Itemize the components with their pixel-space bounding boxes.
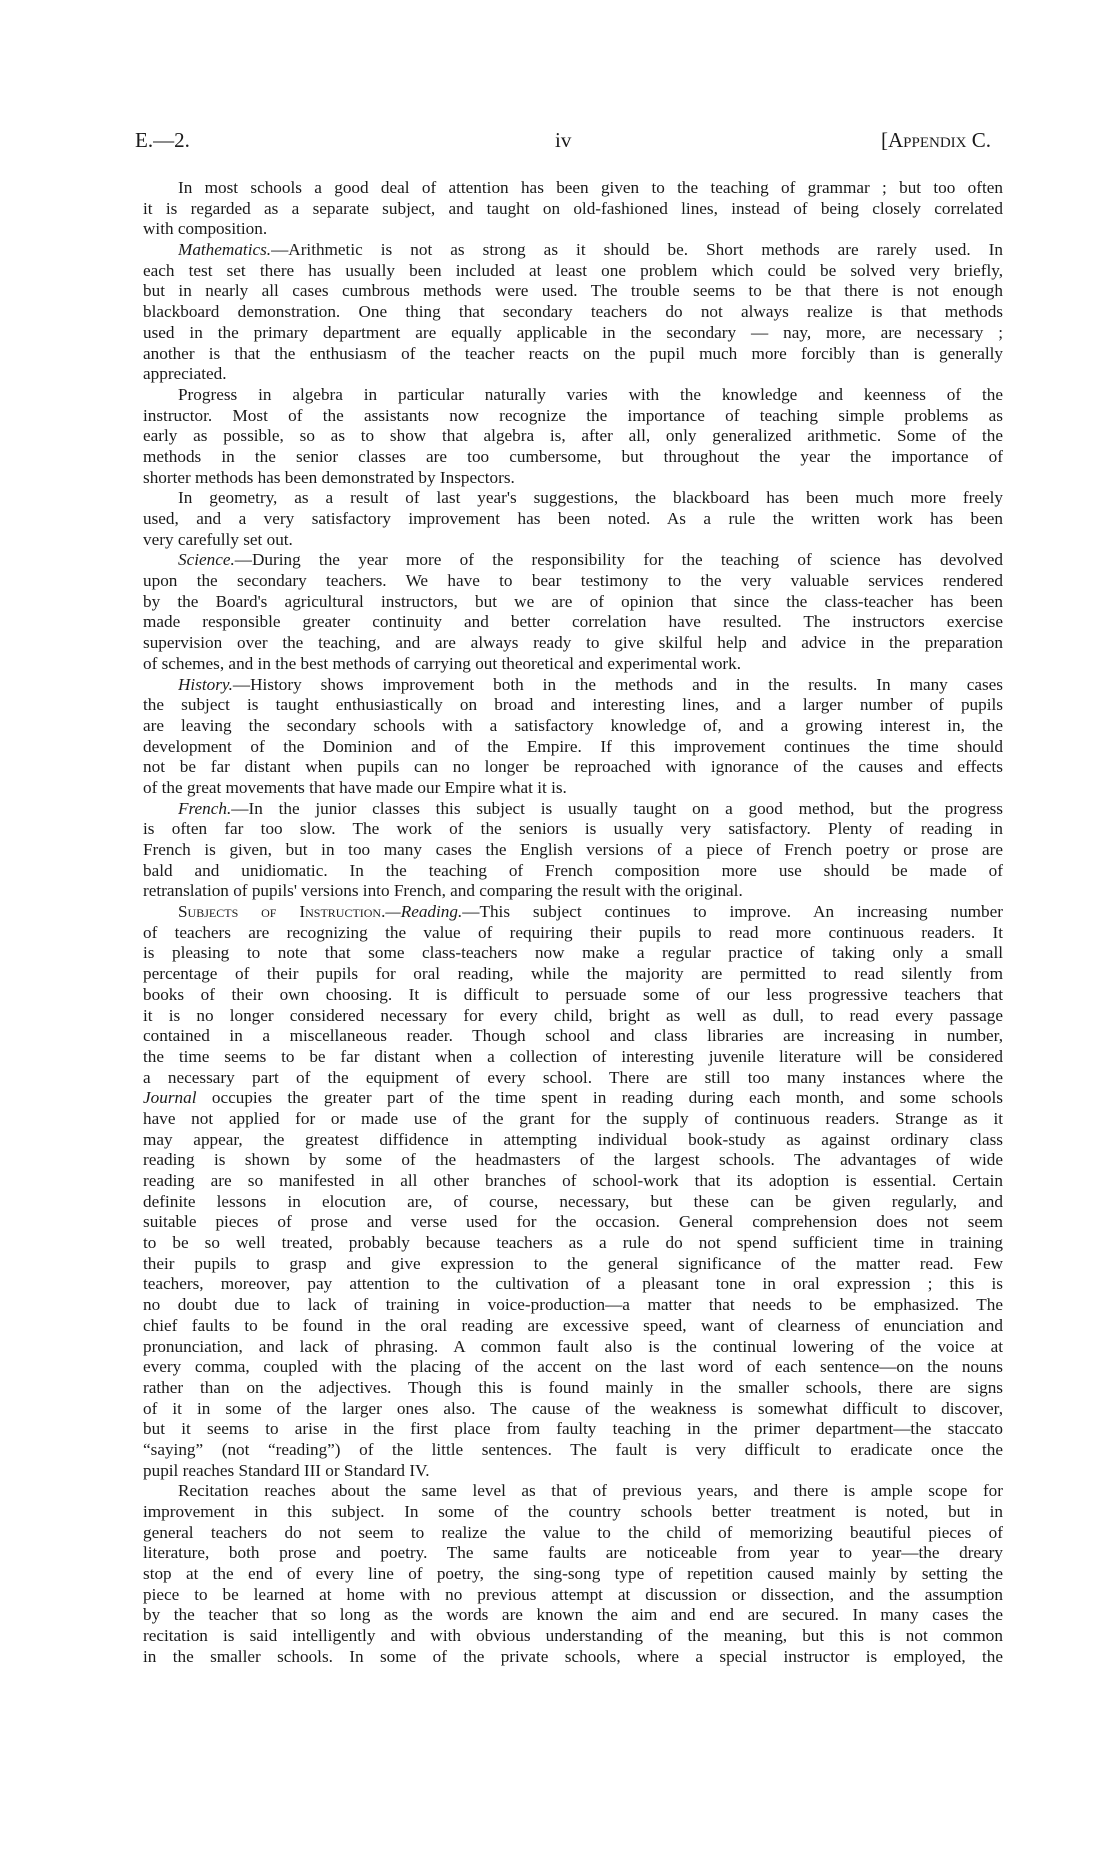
text-line: instructor. Most of the assistants now r… (143, 406, 1003, 427)
paragraph-reading: Subjects of Instruction.—Reading.—This s… (143, 902, 1003, 1481)
paragraph-history: History.—History shows improvement both … (143, 675, 1003, 799)
paragraph-science: Science.—During the year more of the res… (143, 550, 1003, 674)
page-header: E.—2. iv [Appendix C. (135, 128, 1003, 156)
section-heading-history: History. (178, 675, 233, 694)
text-line: of it in some of the larger ones also. T… (143, 1399, 1003, 1420)
text-line: very carefully set out. (143, 530, 1003, 551)
section-heading-french: French. (178, 799, 231, 818)
paragraph-mathematics: Mathematics.—Arithmetic is not as strong… (143, 240, 1003, 385)
text-line: literature, both prose and poetry. The s… (143, 1543, 1003, 1564)
text-line: general teachers do not seem to realize … (143, 1523, 1003, 1544)
section-heading-reading: —Reading. (385, 902, 462, 921)
text-line: reading are so manifested in all other b… (143, 1171, 1003, 1192)
text-line: every comma, coupled with the placing of… (143, 1357, 1003, 1378)
paragraph-french: French.—In the junior classes this subje… (143, 799, 1003, 902)
paragraph-recitation: Recitation reaches about the same level … (143, 1481, 1003, 1667)
text-line: chief faults to be found in the oral rea… (143, 1316, 1003, 1337)
section-heading-subjects-of-instruction: Subjects of Instruction. (178, 902, 385, 921)
text-line: books of their own choosing. It is diffi… (143, 985, 1003, 1006)
text-line: but in nearly all cases cumbrous methods… (143, 281, 1003, 302)
paragraph-geometry: In geometry, as a result of last year's … (143, 488, 1003, 550)
text-line: French is given, but in too many cases t… (143, 840, 1003, 861)
text-line: appreciated. (143, 364, 1003, 385)
text-line: In most schools a good deal of attention… (178, 178, 1003, 199)
text-line: pronunciation, and lack of phrasing. A c… (143, 1337, 1003, 1358)
text-line: improvement in this subject. In some of … (143, 1502, 1003, 1523)
text-line: to be so well treated, probably because … (143, 1233, 1003, 1254)
text-line: may appear, the greatest diffidence in a… (143, 1130, 1003, 1151)
paragraph-algebra: Progress in algebra in particular natura… (143, 385, 1003, 488)
text-line: used in the primary department are equal… (143, 323, 1003, 344)
text-line: it is no longer considered necessary for… (143, 1006, 1003, 1027)
text-line: with composition. (143, 219, 1003, 240)
text-line: another is that the enthusiasm of the te… (143, 344, 1003, 365)
text-line: are leaving the secondary schools with a… (143, 716, 1003, 737)
text-line: development of the Dominion and of the E… (143, 737, 1003, 758)
text-line: made responsible greater continuity and … (143, 612, 1003, 633)
text-line: reading is shown by some of the headmast… (143, 1150, 1003, 1171)
text-line: but it seems to arise in the first place… (143, 1419, 1003, 1440)
text-line: upon the secondary teachers. We have to … (143, 571, 1003, 592)
text-line: recitation is said intelligently and wit… (143, 1626, 1003, 1647)
text-line: the time seems to be far distant when a … (143, 1047, 1003, 1068)
text-line: In geometry, as a result of last year's … (178, 488, 1003, 509)
text-line: have not applied for or made use of the … (143, 1109, 1003, 1130)
text-line: not be far distant when pupils can no lo… (143, 757, 1003, 778)
text-line: stop at the end of every line of poetry,… (143, 1564, 1003, 1585)
appendix-label: [Appendix C. (881, 128, 991, 153)
paragraph-grammar: In most schools a good deal of attention… (143, 178, 1003, 240)
text-line: Progress in algebra in particular natura… (178, 385, 1003, 406)
text-line: —Arithmetic is not as strong as it shoul… (271, 240, 1003, 259)
text-line: piece to be learned at home with no prev… (143, 1585, 1003, 1606)
text-line: definite lessons in elocution are, of co… (143, 1192, 1003, 1213)
text-line: no doubt due to lack of training in voic… (143, 1295, 1003, 1316)
text-line: methods in the senior classes are too cu… (143, 447, 1003, 468)
text-line: —In the junior classes this subject is u… (231, 799, 1003, 818)
text-line: bald and unidiomatic. In the teaching of… (143, 861, 1003, 882)
text-line: in the smaller schools. In some of the p… (143, 1647, 1003, 1668)
text-line: —This subject continues to improve. An i… (462, 902, 1003, 921)
body-text: In most schools a good deal of attention… (143, 178, 1003, 1668)
text-line: of the great movements that have made ou… (143, 778, 1003, 799)
text-line: the subject is taught enthusiastically o… (143, 695, 1003, 716)
section-heading-science: Science. (178, 550, 235, 569)
text-line: is pleasing to note that some class-teac… (143, 943, 1003, 964)
text-line: —During the year more of the responsibil… (235, 550, 1003, 569)
text-line: rather than on the adjectives. Though th… (143, 1378, 1003, 1399)
text-line: is often far too slow. The work of the s… (143, 819, 1003, 840)
text-line: by the teacher that so long as the words… (143, 1605, 1003, 1626)
text-line: by the Board's agricultural instructors,… (143, 592, 1003, 613)
text-line: occupies the greater part of the time sp… (196, 1088, 1003, 1107)
text-line: of schemes, and in the best methods of c… (143, 654, 1003, 675)
text-line: blackboard demonstration. One thing that… (143, 302, 1003, 323)
text-line: contained in a miscellaneous reader. Tho… (143, 1026, 1003, 1047)
text-line: used, and a very satisfactory improvemen… (143, 509, 1003, 530)
page-number: iv (555, 128, 571, 153)
document-reference: E.—2. (135, 128, 190, 153)
text-line: suitable pieces of prose and verse used … (143, 1212, 1003, 1233)
text-line: teachers, moreover, pay attention to the… (143, 1274, 1003, 1295)
text-line: pupil reaches Standard III or Standard I… (143, 1461, 1003, 1482)
text-line: supervision over the teaching, and are a… (143, 633, 1003, 654)
text-line: percentage of their pupils for oral read… (143, 964, 1003, 985)
text-line: “saying” (not “reading”) of the little s… (143, 1440, 1003, 1461)
document-page: E.—2. iv [Appendix C. In most schools a … (0, 0, 1114, 1853)
text-line: each test set there has usually been inc… (143, 261, 1003, 282)
text-line: —History shows improvement both in the m… (233, 675, 1003, 694)
text-line: of teachers are recognizing the value of… (143, 923, 1003, 944)
text-line: retranslation of pupils' versions into F… (143, 881, 1003, 902)
section-heading-mathematics: Mathematics. (178, 240, 271, 259)
text-line: it is regarded as a separate subject, an… (143, 199, 1003, 220)
text-line: their pupils to grasp and give expressio… (143, 1254, 1003, 1275)
text-line: shorter methods has been demonstrated by… (143, 468, 1003, 489)
journal-title: Journal (143, 1088, 196, 1107)
text-line: Recitation reaches about the same level … (178, 1481, 1003, 1502)
text-line: a necessary part of the equipment of eve… (143, 1068, 1003, 1089)
text-line: early as possible, so as to show that al… (143, 426, 1003, 447)
